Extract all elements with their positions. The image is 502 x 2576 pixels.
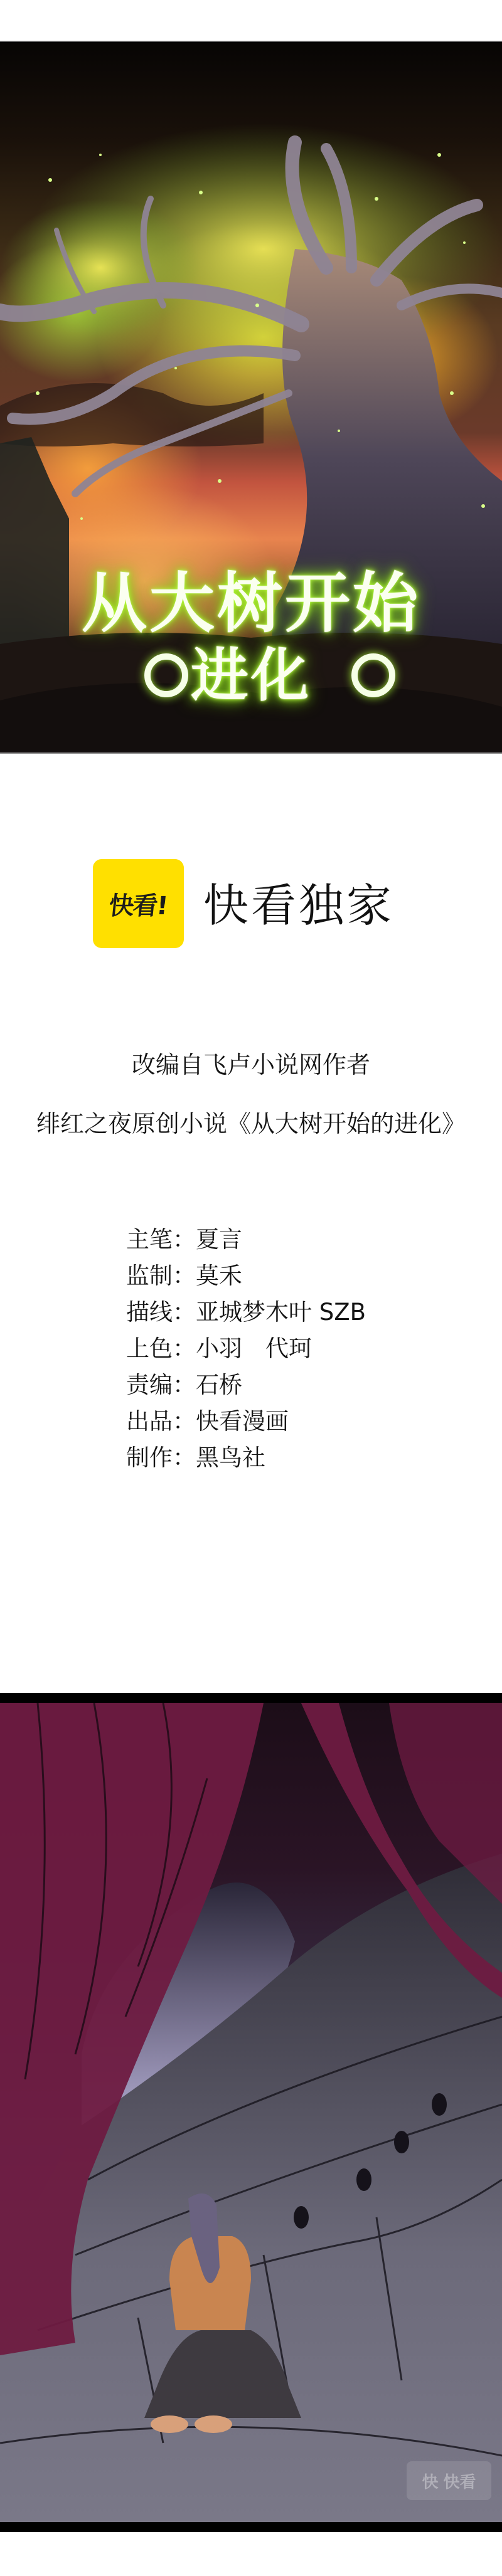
- credit-line-art: 描线：亚城梦木叶 SZB: [126, 1294, 366, 1331]
- swirl-ornament-right-icon: [351, 653, 395, 697]
- credits-list: 主笔：夏言 监制：莫禾 描线：亚城梦木叶 SZB 上色：小羽 代珂 责编：石桥 …: [126, 1222, 366, 1476]
- kuaikan-logo-icon: 快看!: [93, 859, 184, 948]
- exclusive-label: 快看独家: [203, 880, 394, 931]
- adaptation-novel-line: 绯红之夜原创小说《从大树开始的进化》: [0, 1110, 502, 1138]
- kuaikan-exclusive-badge: 快看! 快看独家: [93, 859, 394, 948]
- credit-publisher: 出品：快看漫画: [126, 1403, 366, 1440]
- cover-title-line1: 从大树开始: [0, 566, 502, 641]
- watermark-logo-icon: 快: [422, 2469, 438, 2493]
- kuaikan-watermark: 快 快看: [407, 2461, 491, 2500]
- cover-title-line2: 进化: [0, 643, 502, 708]
- watermark-text: 快看: [444, 2469, 476, 2493]
- panel-artwork: [0, 1703, 502, 2522]
- credit-supervisor: 监制：莫禾: [126, 1258, 366, 1294]
- credit-coloring: 上色：小羽 代珂: [126, 1331, 366, 1367]
- credit-lead-artist: 主笔：夏言: [126, 1222, 366, 1258]
- kuaikan-logo-text: 快看!: [107, 886, 169, 922]
- cover-illustration: 从大树开始 进化: [0, 41, 502, 754]
- swirl-ornament-left-icon: [144, 653, 188, 697]
- comic-panel: [0, 1693, 502, 2532]
- adaptation-source-line: 改编自飞卢小说网作者: [0, 1051, 502, 1079]
- kneeling-figure-scene-icon: [0, 1703, 502, 2522]
- credit-editor: 责编：石桥: [126, 1367, 366, 1403]
- credit-producer: 制作：黑鸟社: [126, 1440, 366, 1476]
